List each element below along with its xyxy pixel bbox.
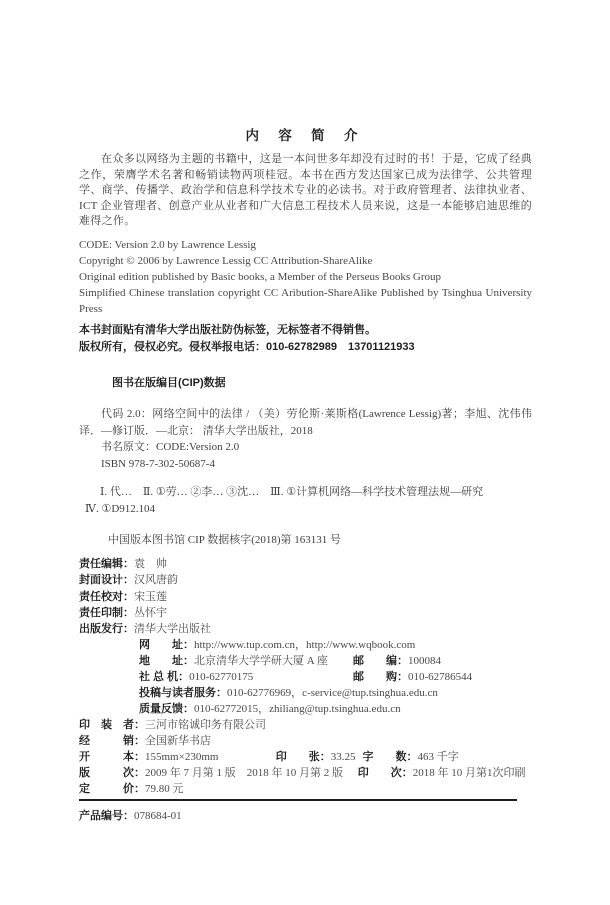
format-label: 开 本： — [79, 751, 145, 763]
copyright-line: CODE: Version 2.0 by Lawrence Lessig — [79, 238, 532, 254]
quality-feedback-value: 010-62772015，zhiliang@tup.tsinghua.edu.c… — [194, 703, 401, 715]
copyright-line: Original edition published by Basic book… — [79, 270, 532, 286]
cip-classification: Ⅰ. 代… Ⅱ. ①劳… ②李… ③沈… Ⅲ. ①计算机网络—科学技术管理法规—… — [79, 484, 532, 517]
wordcount-value: 463 千字 — [418, 751, 459, 763]
sheets-cell: 印 张：33.25 — [276, 749, 360, 765]
staff-label: 责任编辑： — [79, 558, 134, 570]
staff-value: 袁 帅 — [134, 558, 167, 570]
wordcount-cell: 字 数：463 千字 — [363, 749, 459, 765]
classification-line: Ⅰ. 代… Ⅱ. ①劳… ②李… ③沈… Ⅲ. ①计算机网络—科学技术管理法规—… — [79, 484, 532, 501]
staff-value: 汉风唐韵 — [134, 574, 178, 586]
staff-label: 责任印制： — [79, 607, 134, 619]
publisher-value: 清华大学出版社 — [134, 623, 211, 635]
format-cell: 开 本：155mm×230mm — [79, 749, 273, 765]
address-value: 北京清华大学学研大厦 A 座 — [194, 655, 328, 667]
edition-value: 2009 年 7 月第 1 版 2018 年 10 月第 2 版 — [145, 767, 343, 779]
sheets-value: 33.25 — [331, 751, 356, 763]
edition-cell: 版 次：2009 年 7 月第 1 版 2018 年 10 月第 2 版 — [79, 765, 355, 781]
website-row: 网 址：http://www.tup.com.cn，http://www.wqb… — [79, 637, 532, 653]
product-number-value: 078684-01 — [134, 810, 182, 822]
impression-label: 印 次： — [358, 767, 413, 779]
impression-cell: 印 次：2018 年 10 月第1次印刷 — [358, 765, 526, 781]
switchboard-col: 社 总 机：010-62770175 — [139, 669, 353, 685]
format-value: 155mm×230mm — [145, 751, 218, 763]
distributor-row: 经 销：全国新华书店 — [79, 733, 532, 749]
staff-value: 宋玉莲 — [134, 591, 167, 603]
printer-label: 印 装 者： — [79, 719, 145, 731]
website-label: 网 址： — [139, 639, 194, 651]
content-summary-title: 内 容 简 介 — [79, 124, 532, 144]
quality-feedback-row: 质量反馈：010-62772015，zhiliang@tup.tsinghua.… — [79, 701, 532, 717]
cip-isbn: ISBN 978-7-302-50687-4 — [79, 456, 532, 473]
spec-row-format: 开 本：155mm×230mm 印 张：33.25 字 数：463 千字 — [79, 749, 532, 765]
copyright-page: 内 容 简 介 在众多以网络为主题的书籍中，这是一本问世多年却没有过时的书！于是… — [0, 0, 610, 905]
classification-line: Ⅳ. ①D912.104 — [79, 501, 532, 518]
mailorder-value: 010-62786544 — [408, 671, 472, 683]
impression-value: 2018 年 10 月第1次印刷 — [413, 767, 526, 779]
cip-heading: 图书在版编目(CIP)数据 — [112, 374, 565, 390]
spec-row-edition: 版 次：2009 年 7 月第 1 版 2018 年 10 月第 2 版 印 次… — [79, 765, 532, 781]
postcode-value: 100084 — [408, 655, 441, 667]
staff-label: 责任校对： — [79, 591, 134, 603]
publisher-row: 出版发行：清华大学出版社 — [79, 621, 532, 637]
printer-value: 三河市铭诚印务有限公司 — [145, 719, 266, 731]
mailorder-label: 邮 购： — [353, 671, 408, 683]
cip-body: 代码 2.0：网络空间中的法律 / （美）劳伦斯·莱斯格(Lawrence Le… — [79, 406, 532, 472]
distributor-label: 经 销： — [79, 735, 145, 747]
price-cell: 定 价：79.80 元 — [79, 781, 184, 797]
postcode-label: 邮 编： — [353, 655, 408, 667]
staff-row-cover-design: 封面设计：汉风唐韵 — [79, 572, 532, 588]
spec-row-price: 定 价：79.80 元 — [79, 781, 532, 797]
copyright-line: Simplified Chinese translation copyright… — [79, 286, 532, 318]
staff-row-proofreader: 责任校对：宋玉莲 — [79, 589, 532, 605]
staff-credits: 责任编辑：袁 帅 封面设计：汉风唐韵 责任校对：宋玉莲 责任印制：丛怀宇 — [79, 556, 532, 621]
edition-label: 版 次： — [79, 767, 145, 779]
reader-service-row: 投稿与读者服务：010-62776969，c-service@tup.tsing… — [79, 685, 532, 701]
english-copyright-block: CODE: Version 2.0 by Lawrence Lessig Cop… — [79, 238, 532, 318]
address-label: 地 址： — [139, 655, 194, 667]
address-col: 地 址：北京清华大学学研大厦 A 座 — [139, 653, 353, 669]
wordcount-label: 字 数： — [363, 751, 418, 763]
cip-entry: 代码 2.0：网络空间中的法律 / （美）劳伦斯·莱斯格(Lawrence Le… — [79, 406, 532, 439]
staff-row-editor: 责任编辑：袁 帅 — [79, 556, 532, 572]
anti-piracy-notice: 本书封面贴有清华大学出版社防伪标签，无标签者不得销售。 版权所有，侵权必究。侵权… — [79, 322, 532, 355]
address-row: 地 址：北京清华大学学研大厦 A 座邮 编：100084 — [79, 653, 532, 669]
cip-record-number: 中国版本图书馆 CIP 数据核字(2018)第 163131 号 — [108, 531, 561, 547]
website-value: http://www.tup.com.cn，http://www.wqbook.… — [194, 639, 415, 651]
content-summary-paragraph: 在众多以网络为主题的书籍中，这是一本问世多年却没有过时的书！于是，它成了经典之作… — [79, 152, 532, 230]
cip-original-title: 书名原文：CODE:Version 2.0 — [79, 439, 532, 456]
switchboard-row: 社 总 机：010-62770175邮 购：010-62786544 — [79, 669, 532, 685]
notice-line: 本书封面贴有清华大学出版社防伪标签，无标签者不得销售。 — [79, 322, 532, 339]
reader-service-value: 010-62776969，c-service@tup.tsinghua.edu.… — [227, 687, 438, 699]
notice-line: 版权所有，侵权必究。侵权举报电话：010-62782989 1370112193… — [79, 339, 532, 356]
distributor-value: 全国新华书店 — [145, 735, 211, 747]
publishing-block: 出版发行：清华大学出版社 网 址：http://www.tup.com.cn，h… — [79, 621, 532, 798]
copyright-line: Copyright © 2006 by Lawrence Lessig CC A… — [79, 254, 532, 270]
divider-rule — [79, 799, 517, 801]
printer-row: 印 装 者：三河市铭诚印务有限公司 — [79, 717, 532, 733]
price-label: 定 价： — [79, 783, 145, 795]
product-number-row: 产品编号：078684-01 — [79, 807, 532, 823]
price-value: 79.80 元 — [145, 783, 184, 795]
switchboard-label: 社 总 机： — [139, 671, 189, 683]
quality-feedback-label: 质量反馈： — [139, 703, 194, 715]
reader-service-label: 投稿与读者服务： — [139, 687, 227, 699]
switchboard-value: 010-62770175 — [189, 671, 253, 683]
sheets-label: 印 张： — [276, 751, 331, 763]
publisher-label: 出版发行： — [79, 623, 134, 635]
staff-row-print-supervisor: 责任印制：丛怀宇 — [79, 605, 532, 621]
staff-value: 丛怀宇 — [134, 607, 167, 619]
product-number-label: 产品编号： — [79, 810, 134, 822]
staff-label: 封面设计： — [79, 574, 134, 586]
